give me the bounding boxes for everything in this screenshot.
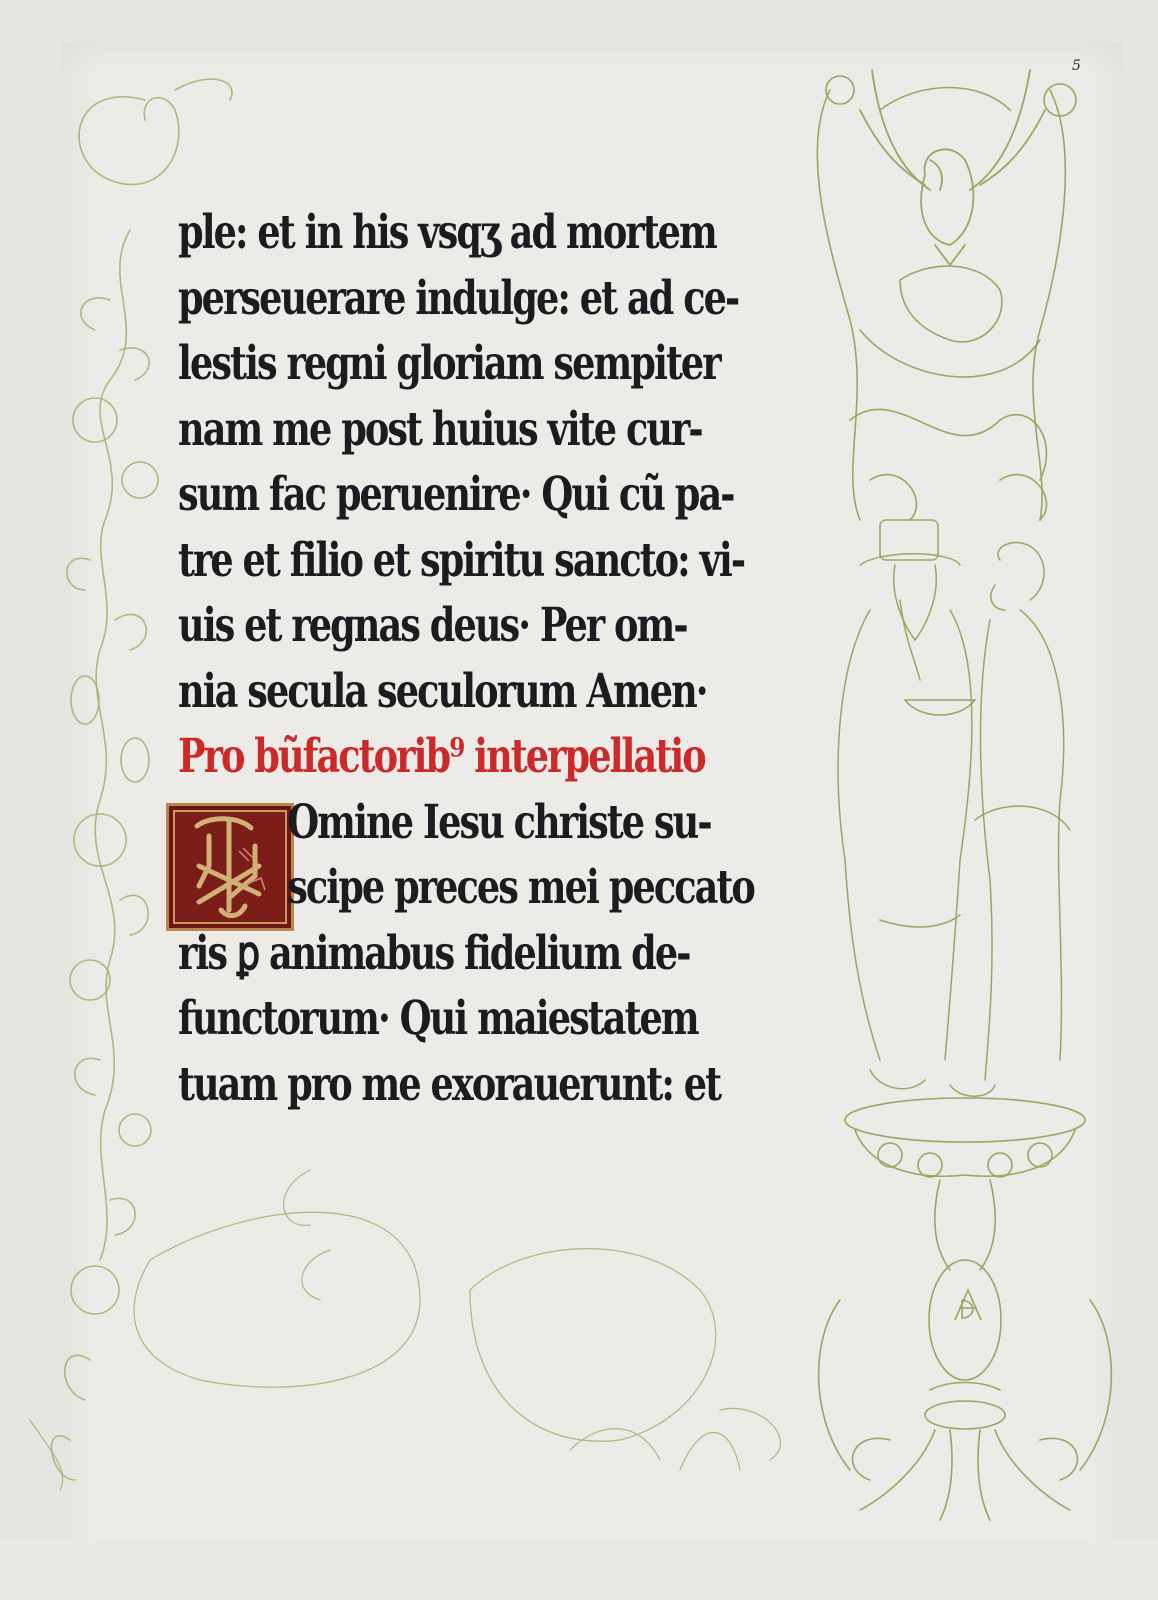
text-line: Omine Iesu christe su- (178, 790, 662, 856)
rubric-heading: Pro bũfactorib⁹ interpellatio (178, 724, 662, 790)
text-line: tuam pro me exorauerunt: et (178, 1052, 662, 1118)
text-line: ris ꝑ animabus fidelium de- (178, 921, 662, 987)
text-line: uis et regnas deus· Per om- (178, 593, 662, 659)
text-line: functorum· Qui maiestatem (178, 986, 662, 1052)
text-line: nia secula seculorum Amen· (178, 659, 662, 725)
text-line: tre et filio et spiritu sancto: vi- (178, 528, 662, 594)
text-line: sum fac peruenire· Qui cũ pa- (178, 462, 662, 528)
text-line: scipe preces mei peccato (178, 855, 662, 921)
text-line: lestis regni gloriam sempiter (178, 331, 662, 397)
page-bottom-edge (0, 1540, 1158, 1600)
folio-number: 5 (1072, 58, 1081, 74)
text-line: ple: et in his vsqʒ ad mortem (178, 200, 662, 266)
text-line: perseuerare indulge: et ad ce- (178, 266, 662, 332)
text-block: ple: et in his vsqʒ ad mortem perseuerar… (178, 200, 798, 1117)
text-line: nam me post huius vite cur- (178, 397, 662, 463)
